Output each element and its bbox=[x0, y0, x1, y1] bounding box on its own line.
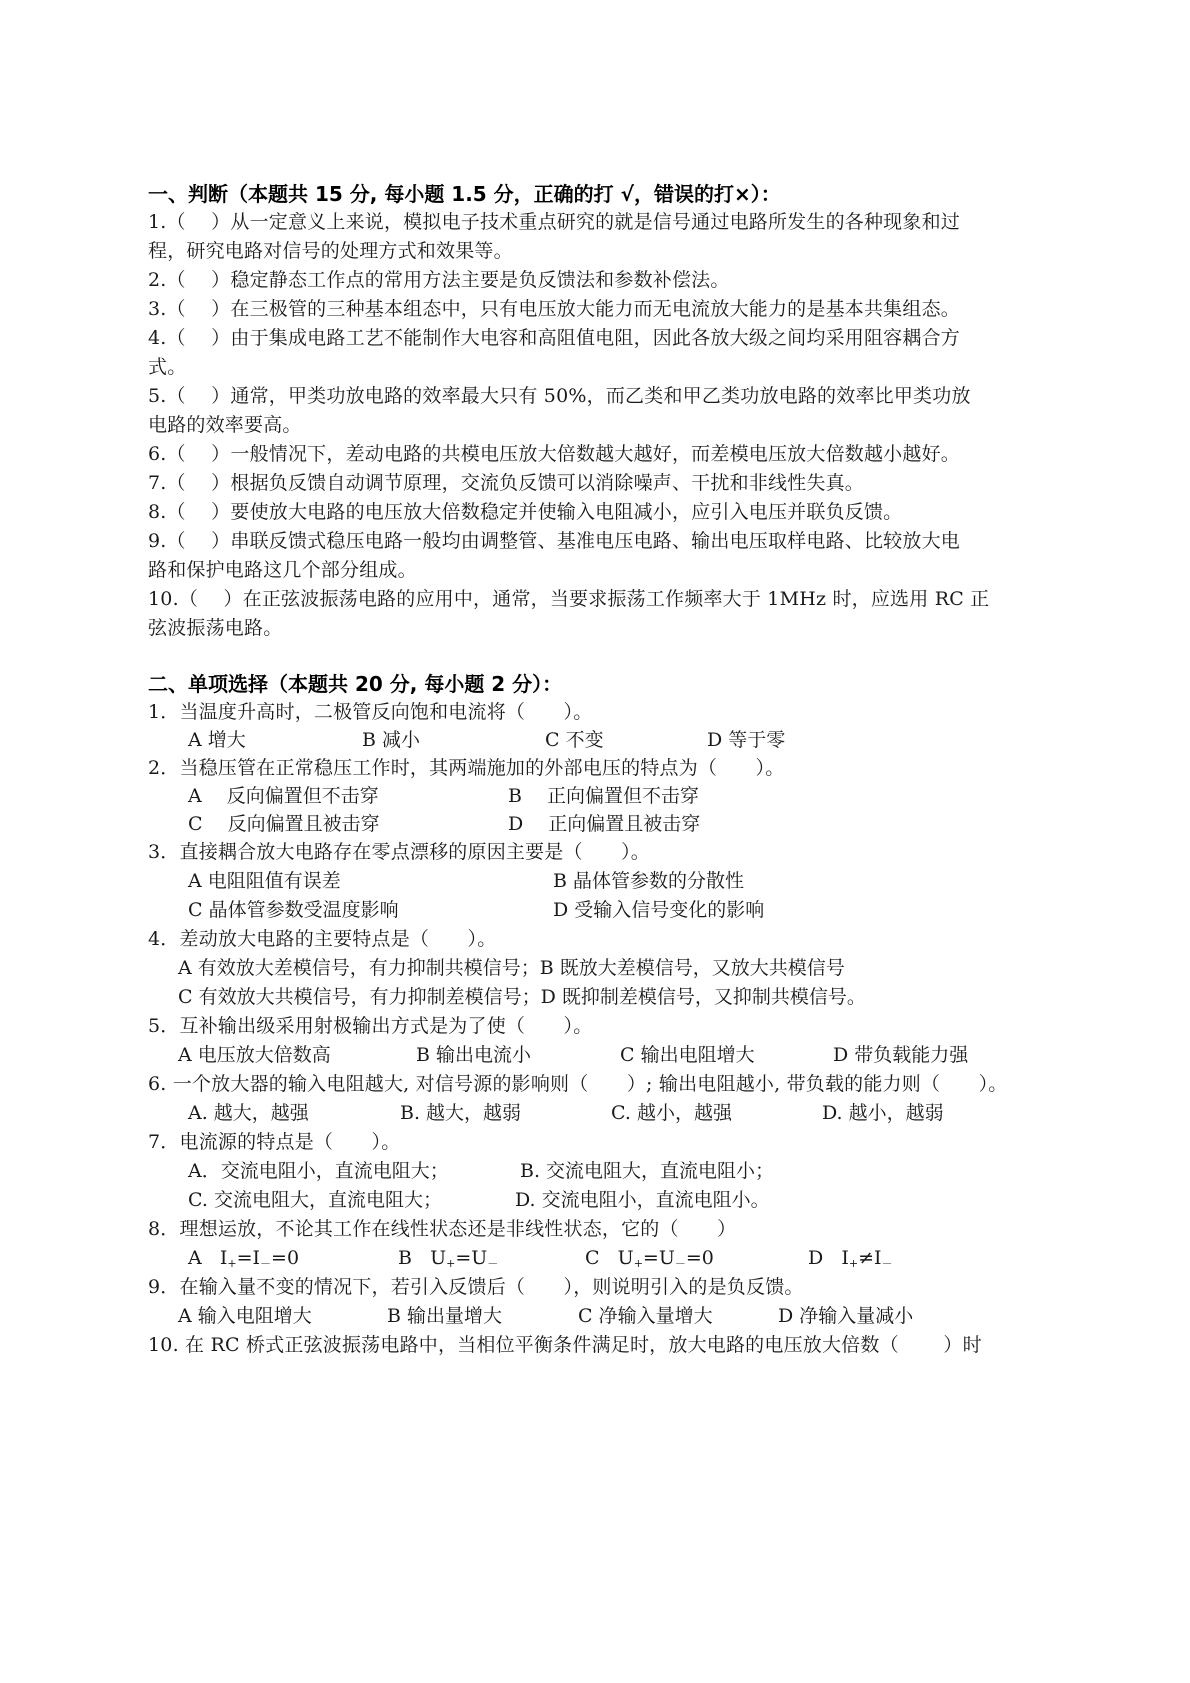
mc-q8-option-d: D I+≠I－ bbox=[808, 1246, 893, 1276]
mc-q1-option-a: A 增大 bbox=[188, 728, 246, 752]
mc-q6-option-c: C. 越小，越强 bbox=[611, 1101, 732, 1125]
mc-q5-option-a: A 电压放大倍数高 bbox=[178, 1043, 331, 1067]
mc-q6-stem: 6. 一个放大器的输入电阻越大, 对信号源的影响则（ ）; 输出电阻越小, 带负… bbox=[148, 1072, 1007, 1096]
tf-q5-line2: 电路的效率要高。 bbox=[148, 413, 302, 437]
tf-q3: 3.（ ）在三极管的三种基本组态中，只有电压放大能力而无电流放大能力的是基本共集… bbox=[148, 297, 960, 321]
mc-q5-option-d: D 带负载能力强 bbox=[833, 1043, 968, 1067]
mc-q6-option-d: D. 越小，越弱 bbox=[822, 1101, 944, 1125]
tf-q7: 7.（ ）根据负反馈自动调节原理，交流负反馈可以消除噪声、干扰和非线性失真。 bbox=[148, 471, 864, 495]
mc-q5-option-c: C 输出电阻增大 bbox=[620, 1043, 755, 1067]
exam-page: 一、判断（本题共 15 分, 每小题 1.5 分，正确的打 √，错误的打×）： … bbox=[0, 0, 1190, 1683]
tf-q6: 6.（ ）一般情况下，差动电路的共模电压放大倍数越大越好，而差模电压放大倍数越小… bbox=[148, 442, 960, 466]
mc-q3-option-b: B 晶体管参数的分散性 bbox=[553, 869, 744, 893]
mc-q9-option-a: A 输入电阻增大 bbox=[178, 1304, 312, 1328]
section1-heading: 一、判断（本题共 15 分, 每小题 1.5 分，正确的打 √，错误的打×）： bbox=[148, 182, 781, 206]
mc-q9-option-b: B 输出量增大 bbox=[387, 1304, 502, 1328]
mc-q2-option-c: C 反向偏置且被击穿 bbox=[188, 812, 380, 836]
mc-q2-option-a: A 反向偏置但不击穿 bbox=[188, 784, 379, 808]
tf-q9-line2: 路和保护电路这几个部分组成。 bbox=[148, 558, 417, 582]
mc-q2-stem: 2．当稳压管在正常稳压工作时，其两端施加的外部电压的特点为（ ）。 bbox=[148, 756, 784, 780]
mc-q5-stem: 5．互补输出级采用射极输出方式是为了使（ ）。 bbox=[148, 1014, 592, 1038]
mc-q3-stem: 3．直接耦合放大电路存在零点漂移的原因主要是（ ）。 bbox=[148, 840, 650, 864]
mc-q8-option-b: B U+=U－ bbox=[398, 1246, 498, 1276]
mc-q3-option-c: C 晶体管参数受温度影响 bbox=[188, 898, 399, 922]
mc-q7-option-c: C. 交流电阻大，直流电阻大； bbox=[188, 1188, 442, 1212]
mc-q7-stem: 7．电流源的特点是（ ）。 bbox=[148, 1130, 400, 1154]
mc-q1-option-b: B 减小 bbox=[362, 728, 420, 752]
mc-q9-stem: 9．在输入量不变的情况下，若引入反馈后（ ），则说明引入的是负反馈。 bbox=[148, 1275, 804, 1299]
mc-q3-option-d: D 受输入信号变化的影响 bbox=[553, 898, 764, 922]
mc-q1-stem: 1．当温度升高时，二极管反向饱和电流将（ ）。 bbox=[148, 700, 592, 724]
mc-q5-option-b: B 输出电流小 bbox=[416, 1043, 531, 1067]
mc-q9-option-d: D 净输入量减小 bbox=[778, 1304, 913, 1328]
mc-q10-stem: 10. 在 RC 桥式正弦波振荡电路中，当相位平衡条件满足时，放大电路的电压放大… bbox=[148, 1333, 982, 1357]
mc-q6-option-a: A. 越大，越强 bbox=[188, 1101, 309, 1125]
mc-q7-option-b: B. 交流电阻大，直流电阻小； bbox=[520, 1159, 774, 1183]
tf-q9-line1: 9.（ ）串联反馈式稳压电路一般均由调整管、基准电压电路、输出电压取样电路、比较… bbox=[148, 529, 960, 553]
mc-q8-stem: 8．理想运放，不论其工作在线性状态还是非线性状态，它的（ ） bbox=[148, 1217, 736, 1241]
mc-q4-stem: 4．差动放大电路的主要特点是（ ）。 bbox=[148, 927, 496, 951]
mc-q1-option-d: D 等于零 bbox=[707, 728, 785, 752]
mc-q4-options-ab: A 有效放大差模信号，有力抑制共模信号；B 既放大差模信号，又放大共模信号 bbox=[178, 956, 845, 980]
tf-q1-line1: 1.（ ）从一定意义上来说，模拟电子技术重点研究的就是信号通过电路所发生的各种现… bbox=[148, 210, 960, 234]
tf-q1-line2: 程，研究电路对信号的处理方式和效果等。 bbox=[148, 239, 513, 263]
tf-q10-line2: 弦波振荡电路。 bbox=[148, 616, 282, 640]
mc-q9-option-c: C 净输入量增大 bbox=[578, 1304, 713, 1328]
mc-q6-option-b: B. 越大，越弱 bbox=[400, 1101, 521, 1125]
tf-q2: 2.（ ）稳定静态工作点的常用方法主要是负反馈法和参数补偿法。 bbox=[148, 268, 730, 292]
mc-q1-option-c: C 不变 bbox=[545, 728, 604, 752]
tf-q8: 8.（ ）要使放大电路的电压放大倍数稳定并使输入电阻减小，应引入电压并联负反馈。 bbox=[148, 500, 902, 524]
tf-q4-line1: 4.（ ）由于集成电路工艺不能制作大电容和高阻值电阻，因此各放大级之间均采用阻容… bbox=[148, 326, 960, 350]
section2-heading: 二、单项选择（本题共 20 分, 每小题 2 分）： bbox=[148, 672, 562, 696]
mc-q2-option-d: D 正向偏置且被击穿 bbox=[508, 812, 700, 836]
tf-q4-line2: 式。 bbox=[148, 355, 186, 379]
tf-q10-line1: 10.（ ）在正弦波振荡电路的应用中，通常，当要求振荡工作频率大于 1MHz 时… bbox=[148, 587, 989, 611]
mc-q8-option-a: A I+=I－=0 bbox=[188, 1246, 299, 1276]
mc-q8-option-c: C U+=U－=0 bbox=[585, 1246, 714, 1276]
tf-q5-line1: 5.（ ）通常，甲类功放电路的效率最大只有 50%，而乙类和甲乙类功放电路的效率… bbox=[148, 384, 971, 408]
mc-q7-option-a: A．交流电阻小，直流电阻大； bbox=[188, 1159, 449, 1183]
mc-q7-option-d: D. 交流电阻小，直流电阻小。 bbox=[515, 1188, 770, 1212]
mc-q2-option-b: B 正向偏置但不击穿 bbox=[508, 784, 699, 808]
mc-q3-option-a: A 电阻阻值有误差 bbox=[188, 869, 341, 893]
mc-q4-options-cd: C 有效放大共模信号，有力抑制差模信号；D 既抑制差模信号，又抑制共模信号。 bbox=[178, 985, 866, 1009]
